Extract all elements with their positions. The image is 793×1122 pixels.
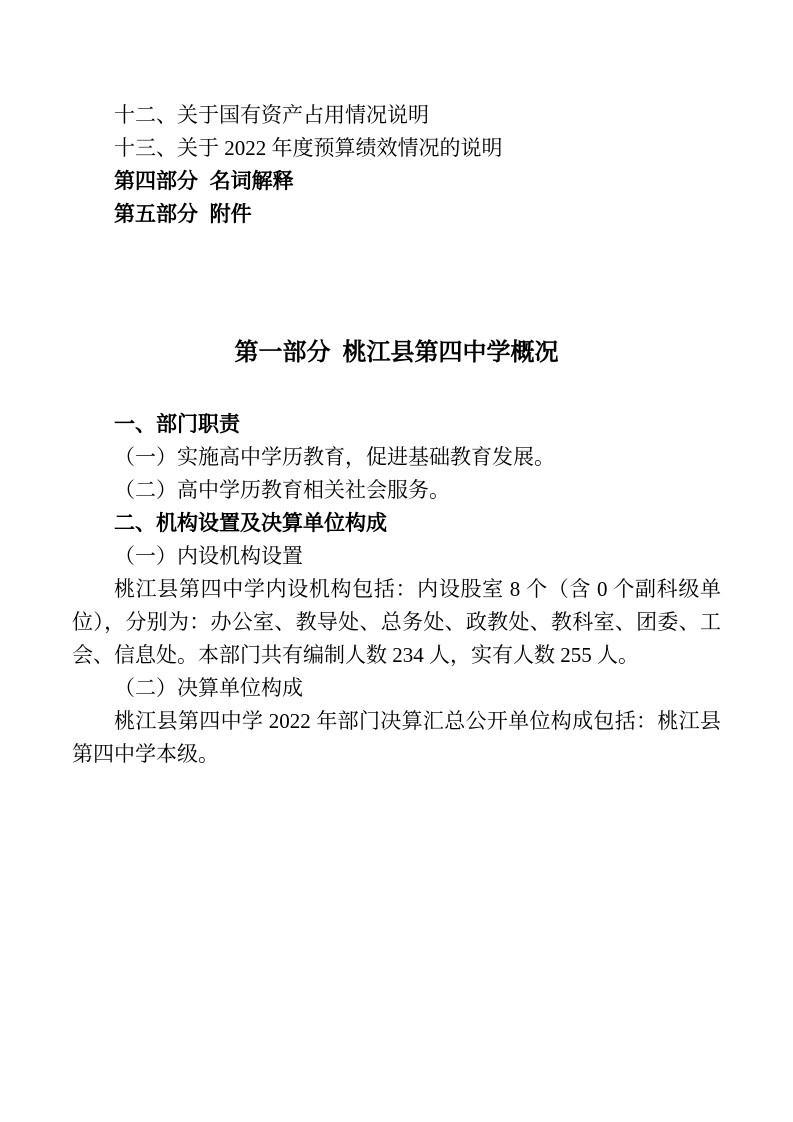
part1-body: 一、部门职责 （一）实施高中学历教育，促进基础教育发展。 （二）高中学历教育相关…	[72, 408, 721, 771]
body-heading-duties: 一、部门职责	[72, 408, 721, 441]
body-subheading-internal-org: （一）内设机构设置	[72, 540, 721, 573]
body-paragraph-duty-1: （一）实施高中学历教育，促进基础教育发展。	[72, 441, 721, 474]
toc-continuation: 十二、关于国有资产占用情况说明 十三、关于 2022 年度预算绩效情况的说明 第…	[72, 99, 721, 231]
toc-item-13: 十三、关于 2022 年度预算绩效情况的说明	[72, 132, 721, 165]
body-subheading-unit-composition: （二）决算单位构成	[72, 672, 721, 705]
document-page: 十二、关于国有资产占用情况说明 十三、关于 2022 年度预算绩效情况的说明 第…	[0, 0, 793, 1122]
toc-item-12: 十二、关于国有资产占用情况说明	[72, 99, 721, 132]
body-heading-structure: 二、机构设置及决算单位构成	[72, 507, 721, 540]
body-paragraph-unit-composition: 桃江县第四中学 2022 年部门决算汇总公开单位构成包括：桃江县第四中学本级。	[72, 705, 721, 771]
part1-title: 第一部分 桃江县第四中学概况	[0, 334, 793, 372]
body-paragraph-internal-org: 桃江县第四中学内设机构包括：内设股室 8 个（含 0 个副科级单位），分别为：办…	[72, 573, 721, 672]
toc-part-4: 第四部分 名词解释	[72, 165, 721, 198]
body-paragraph-duty-2: （二）高中学历教育相关社会服务。	[72, 474, 721, 507]
toc-part-5: 第五部分 附件	[72, 198, 721, 231]
